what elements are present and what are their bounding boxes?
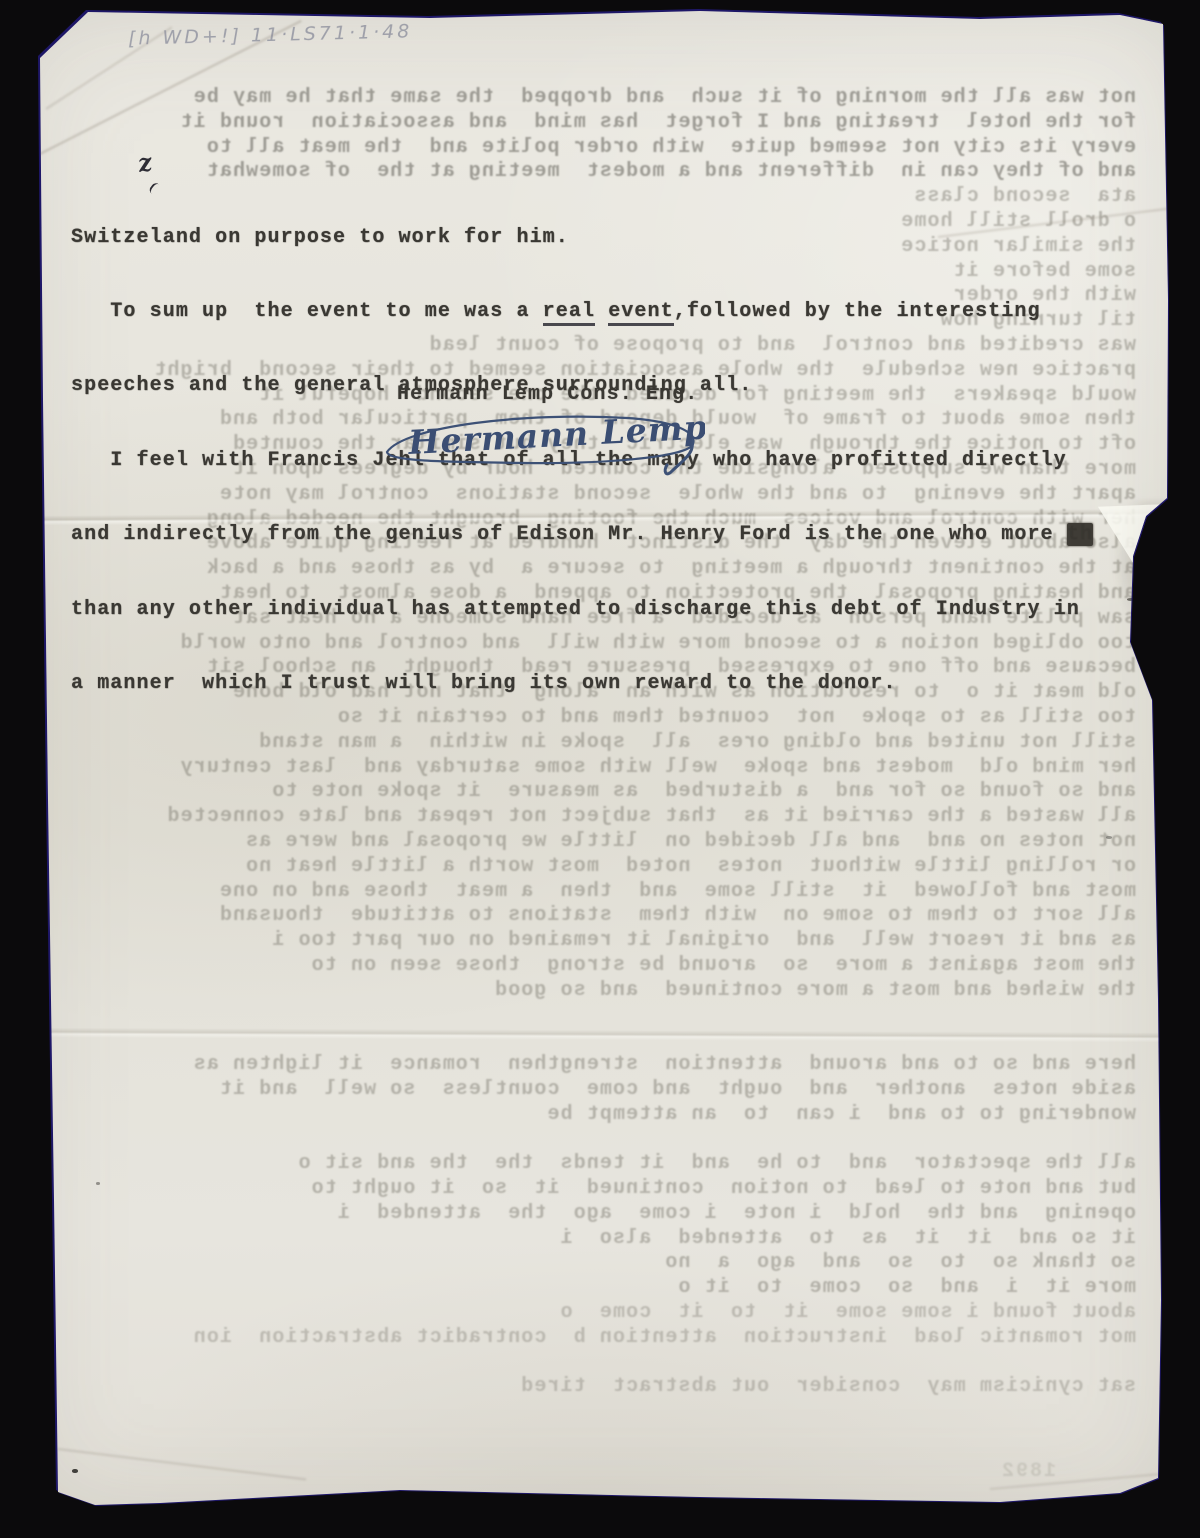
bleedthrough-line: the most against a more so around be str… [70, 954, 1136, 979]
bleedthrough-line: but and note to lead to notion continued… [70, 1177, 1136, 1202]
bleedthrough-line [70, 1351, 1136, 1376]
bleedthrough-line: and so found so for and a disturbed as m… [70, 780, 1136, 805]
bleedthrough-line: so thank so to so and ago a no [70, 1251, 1136, 1276]
bleedthrough-line: here and so to and around attention stre… [70, 1053, 1136, 1078]
bleedthrough-line [70, 1400, 1136, 1425]
bleedthrough-line: sat cynicism may consider out abstract t… [70, 1375, 1136, 1400]
ink-speck [1127, 598, 1136, 601]
bleedthrough-line: all wasted a the carried it as that subj… [70, 805, 1136, 830]
body-line-6: than any other individual has attempted … [71, 598, 1093, 623]
ink-speck [72, 1469, 78, 1473]
ink-speck [96, 1182, 100, 1185]
signature-name-text: Hermann Lemp [406, 407, 705, 462]
bleedthrough-line: not was all the morning of it such and d… [70, 86, 1136, 111]
bleedthrough-line: not notes no and and all decided on litt… [70, 830, 1136, 855]
handwritten-signature: Hermann Lemp [375, 400, 705, 485]
bleedthrough-line: wondering to to and i can to an attempt … [70, 1103, 1136, 1128]
bleedthrough-line: opening and the hold i note i come ago t… [70, 1202, 1136, 1227]
bleedthrough-line: about found i some some it to it come o [70, 1301, 1136, 1326]
bleedthrough-line [70, 1425, 1136, 1450]
bleedthrough-line: her mind old modest and spoke well with … [70, 756, 1136, 781]
scanned-letter-page: { "archival_note": { "text": "[h WD+!] 1… [0, 0, 1200, 1538]
bleedthrough-line: more it i and so come to it o [70, 1276, 1136, 1301]
pencil-archival-note: [h WD+!] 11·LS71·1·48 [128, 20, 413, 49]
body-line-7: a manner which I trust will bring its ow… [71, 672, 1093, 697]
bleedthrough-line: all sort to them to some on with them st… [70, 904, 1136, 929]
bleedthrough-line: aside notes another and ought and come c… [70, 1078, 1136, 1103]
underlined-word-event: event [608, 300, 674, 326]
bleedthrough-line: or rolling little without notes noted mo… [70, 855, 1136, 880]
bleedthrough-line: most and followed it still some and then… [70, 880, 1136, 905]
bleedthrough-line: it so and it it as to attended also i [70, 1227, 1136, 1252]
body-line-5: and indirectly from the genius of Edison… [71, 523, 1093, 548]
underlined-word-real: real [543, 300, 595, 326]
body-line-1: Switzeland on purpose to work for him. [71, 226, 1093, 251]
bleedthrough-line [70, 1127, 1136, 1152]
scanner-bed: not was all the morning of it such and d… [0, 0, 1200, 1538]
letter-paper: not was all the morning of it such and d… [0, 0, 1200, 1538]
faint-bleed-date-mark: 1892 [1000, 1460, 1056, 1483]
ink-speck [46, 1466, 53, 1471]
ink-speck [1106, 836, 1112, 839]
bleedthrough-line: all the spectator and to he and it tends… [70, 1152, 1136, 1177]
bleedthrough-line [70, 1003, 1136, 1028]
bleedthrough-line: as and it resort well and original it re… [70, 929, 1136, 954]
bleedthrough-line: the wished and most a more continued and… [70, 979, 1136, 1004]
corner-crease-bottom-left [58, 1448, 306, 1480]
struck-out-letters: th [1067, 523, 1093, 546]
bleedthrough-line: every its city not seemed quite with ord… [70, 136, 1136, 161]
bleedthrough-line: for the hotel treating and I forget has … [70, 111, 1136, 136]
bleedthrough-line: mot romantic load instruction attention … [70, 1326, 1136, 1351]
body-line-2: To sum up the event to me was a real eve… [71, 300, 1093, 325]
